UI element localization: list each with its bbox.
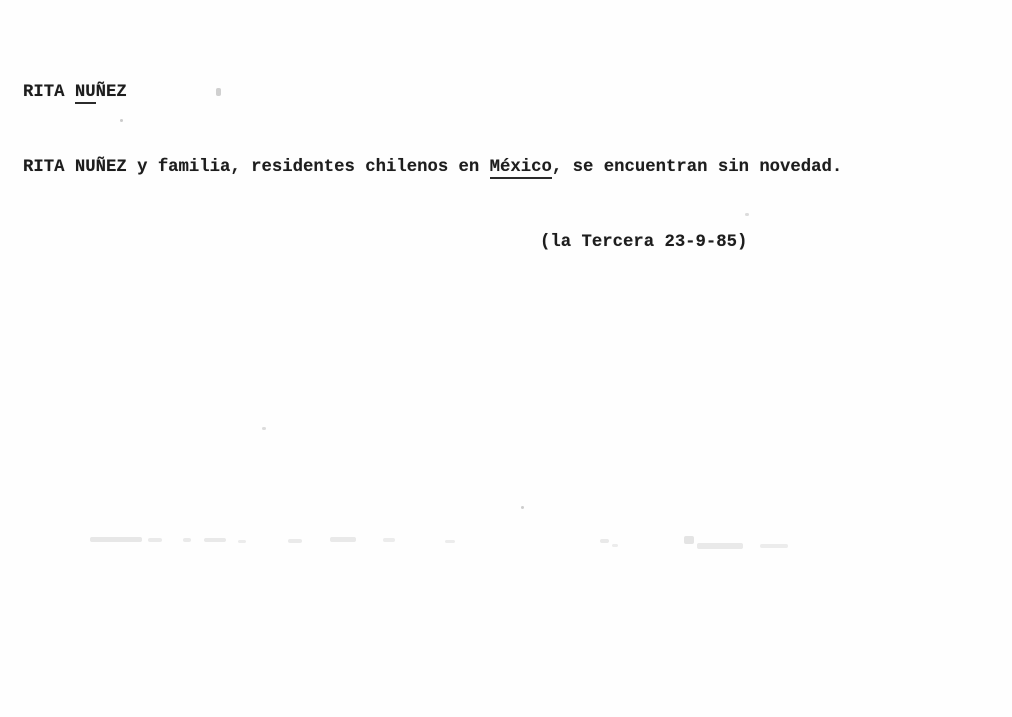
ink-speck <box>262 427 266 430</box>
document-page: RITA NUÑEZ RITA NUÑEZ y familia, residen… <box>0 0 1012 717</box>
body-line: RITA NUÑEZ y familia, residentes chileno… <box>23 155 842 180</box>
bleedthrough-smudge <box>445 540 455 543</box>
bleedthrough-smudge <box>204 538 226 542</box>
bleedthrough-smudge <box>238 540 246 543</box>
bleedthrough-smudge <box>90 537 142 542</box>
bleedthrough-smudge <box>684 536 694 544</box>
heading-line: RITA NUÑEZ <box>23 80 842 105</box>
bleedthrough-smudge <box>760 544 788 548</box>
heading-text-end: ÑEZ <box>96 83 127 102</box>
bleedthrough-smudge <box>612 544 618 547</box>
body-text-end: , se encuentran sin novedad. <box>552 158 842 177</box>
bleedthrough-smudge <box>697 543 743 549</box>
document-text-block: RITA NUÑEZ RITA NUÑEZ y familia, residen… <box>23 30 842 305</box>
bleedthrough-smudge <box>148 538 162 542</box>
heading-underlined-text: NU <box>75 83 96 104</box>
source-line: (la Tercera 23-9-85) <box>23 230 842 255</box>
body-underlined-text: México <box>490 158 552 179</box>
bleedthrough-smudge <box>288 539 302 543</box>
bleedthrough-smudge <box>330 537 356 542</box>
bleedthrough-smudge <box>183 538 191 542</box>
ink-speck <box>120 119 123 122</box>
source-citation-text: (la Tercera 23-9-85) <box>540 233 747 252</box>
ink-speck <box>216 88 221 96</box>
bleedthrough-smudge <box>600 539 609 543</box>
ink-speck <box>521 506 524 509</box>
body-text: RITA NUÑEZ y familia, residentes chileno… <box>23 158 490 177</box>
heading-text: RITA <box>23 83 75 102</box>
ink-speck <box>745 213 749 216</box>
bleedthrough-smudge <box>383 538 395 542</box>
